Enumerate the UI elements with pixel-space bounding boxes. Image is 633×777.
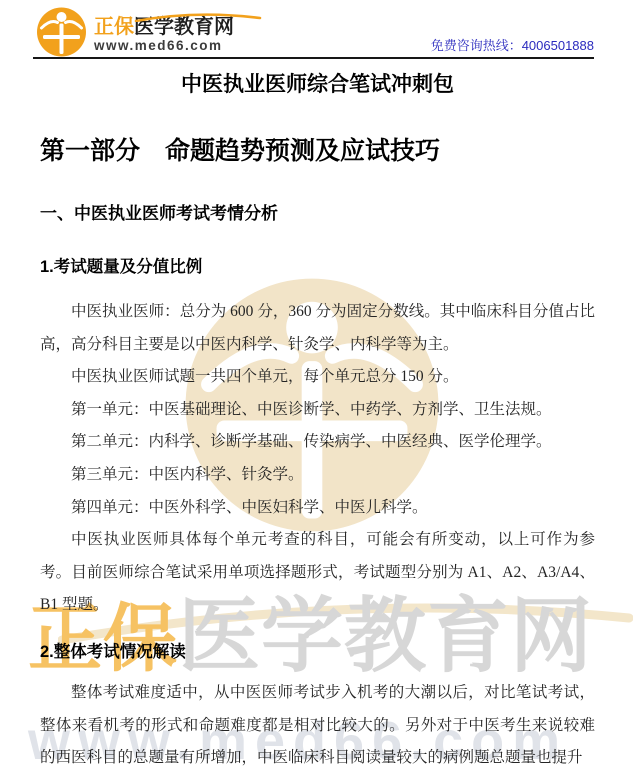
sub1-heading: 1.考试题量及分值比例 — [40, 257, 595, 278]
sub1-body: 中医执业医师：总分为 600 分，360 分为固定分数线。其中临床科目分值占比高… — [40, 296, 595, 622]
header-divider — [33, 57, 594, 59]
sub2-heading: 2.整体考试情况解读 — [40, 642, 595, 663]
body-paragraph: 第一单元：中医基础理论、中医诊断学、中药学、方剂学、卫生法规。 — [40, 394, 595, 427]
body-paragraph: 中医执业医师：总分为 600 分，360 分为固定分数线。其中临床科目分值占比高… — [40, 296, 595, 361]
brand-url: www.med66.com — [94, 38, 234, 53]
brand-logo-icon — [35, 7, 88, 57]
body-paragraph: 中医执业医师具体每个单元考查的科目，可能会有所变动，以上可作为参考。目前医师综合… — [40, 524, 595, 622]
body-paragraph: 中医执业医师试题一共四个单元，每个单元总分 150 分。 — [40, 361, 595, 394]
document-page: 正保医学教育网 www.med66.com 正保医学教育网 www.me — [0, 0, 633, 777]
brand-swoosh-icon — [134, 10, 262, 22]
page-header: 正保医学教育网 www.med66.com 免费咨询热线：4006501888 — [0, 0, 633, 57]
brand-name-accent: 正保 — [94, 16, 134, 38]
body-paragraph: 整体考试难度适中，从中医医师考试步入机考的大潮以后，对比笔试考试，整体来看机考的… — [40, 677, 595, 775]
part-heading: 第一部分 命题趋势预测及应试技巧 — [40, 135, 595, 168]
body-paragraph: 第四单元：中医外科学、中医妇科学、中医儿科学。 — [40, 492, 595, 525]
sub2-body: 整体考试难度适中，从中医医师考试步入机考的大潮以后，对比笔试考试，整体来看机考的… — [40, 677, 595, 775]
section-heading: 一、中医执业医师考试考情分析 — [40, 202, 595, 225]
page-title: 中医执业医师综合笔试冲刺包 — [40, 71, 595, 99]
hotline-text: 免费咨询热线：4006501888 — [431, 35, 594, 57]
document-content: 中医执业医师综合笔试冲刺包 第一部分 命题趋势预测及应试技巧 一、中医执业医师考… — [0, 71, 633, 775]
body-paragraph: 第二单元：内科学、诊断学基础、传染病学、中医经典、医学伦理学。 — [40, 426, 595, 459]
brand-logo: 正保医学教育网 www.med66.com — [35, 7, 234, 57]
brand-text: 正保医学教育网 www.med66.com — [94, 7, 234, 53]
body-paragraph: 第三单元：中医内科学、针灸学。 — [40, 459, 595, 492]
